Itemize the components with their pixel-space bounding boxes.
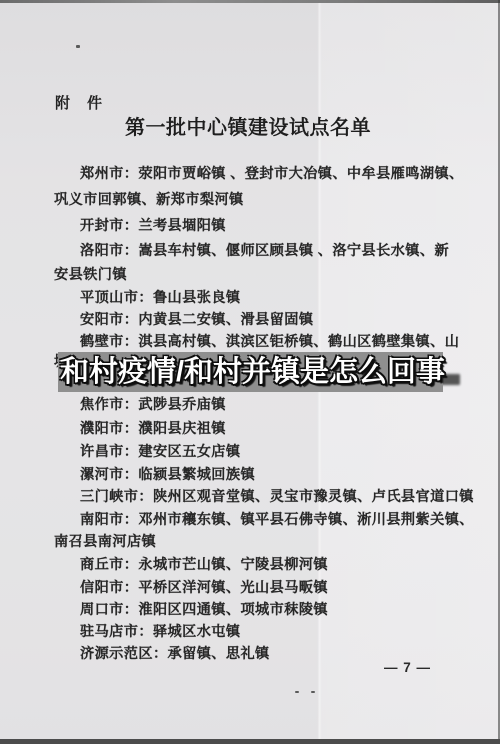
- page-number: — 7 —: [384, 660, 431, 675]
- town-list-line: 周口市：淮阳区四通镇、项城市秣陵镇: [54, 599, 484, 618]
- town-list-line: 焦作市：武陟县乔庙镇: [54, 394, 484, 413]
- town-list-line: 信阳市：平桥区洋河镇、光山县马畈镇: [54, 577, 484, 596]
- scan-edge-bottom: [0, 739, 500, 744]
- town-list-line: 巩义市回郭镇、新郑市梨河镇: [54, 189, 458, 208]
- town-list-line: 安县铁门镇: [54, 264, 458, 283]
- town-list-line: 驻马店市：驿城区水屯镇: [54, 621, 484, 640]
- town-list-line: 郑州市：荥阳市贾峪镇 、登封市大冶镇、中牟县雁鸣湖镇、: [54, 163, 484, 182]
- caption-text: 和村疫情/和村并镇是怎么回事: [58, 352, 445, 392]
- town-list-line: 鹤壁市：淇县高村镇、淇滨区钜桥镇、鹤山区鹤壁集镇、山: [54, 331, 484, 350]
- caption-overlay: 和村疫情/和村并镇是怎么回事: [58, 352, 443, 392]
- town-list-line: 三门峡市：陕州区观音堂镇、灵宝市豫灵镇、卢氏县官道口镇: [54, 486, 484, 505]
- scan-speck: [295, 691, 299, 693]
- scan-speck: [76, 45, 80, 48]
- town-list-line: 南阳市：邓州市穰东镇、镇平县石佛寺镇、淅川县荆紫关镇、: [54, 509, 484, 528]
- town-list-line: 平顶山市：鲁山县张良镇: [54, 287, 484, 306]
- town-list-line: 漯河市：临颍县繁城回族镇: [54, 464, 484, 483]
- scan-speck: [311, 691, 315, 693]
- town-list-line: 洛阳市：嵩县车村镇、偃师区顾县镇 、洛宁县长水镇、新: [54, 240, 484, 259]
- town-list-line: 开封市：兰考县堌阳镇: [54, 215, 484, 234]
- town-list-line: 安阳市：内黄县二安镇、滑县留固镇: [54, 309, 484, 328]
- town-list-line: 濮阳市：濮阳县庆祖镇: [54, 418, 484, 437]
- town-list-line: 许昌市：建安区五女店镇: [54, 441, 484, 460]
- scan-edge-top: [0, 0, 500, 3]
- town-list-line: 南召县南河店镇: [54, 531, 458, 550]
- scan-page: 附 件 第一批中心镇建设试点名单 郑州市：荥阳市贾峪镇 、登封市大冶镇、中牟县雁…: [0, 0, 500, 744]
- town-list-line: 商丘市：永城市芒山镇、宁陵县柳河镇: [54, 554, 484, 573]
